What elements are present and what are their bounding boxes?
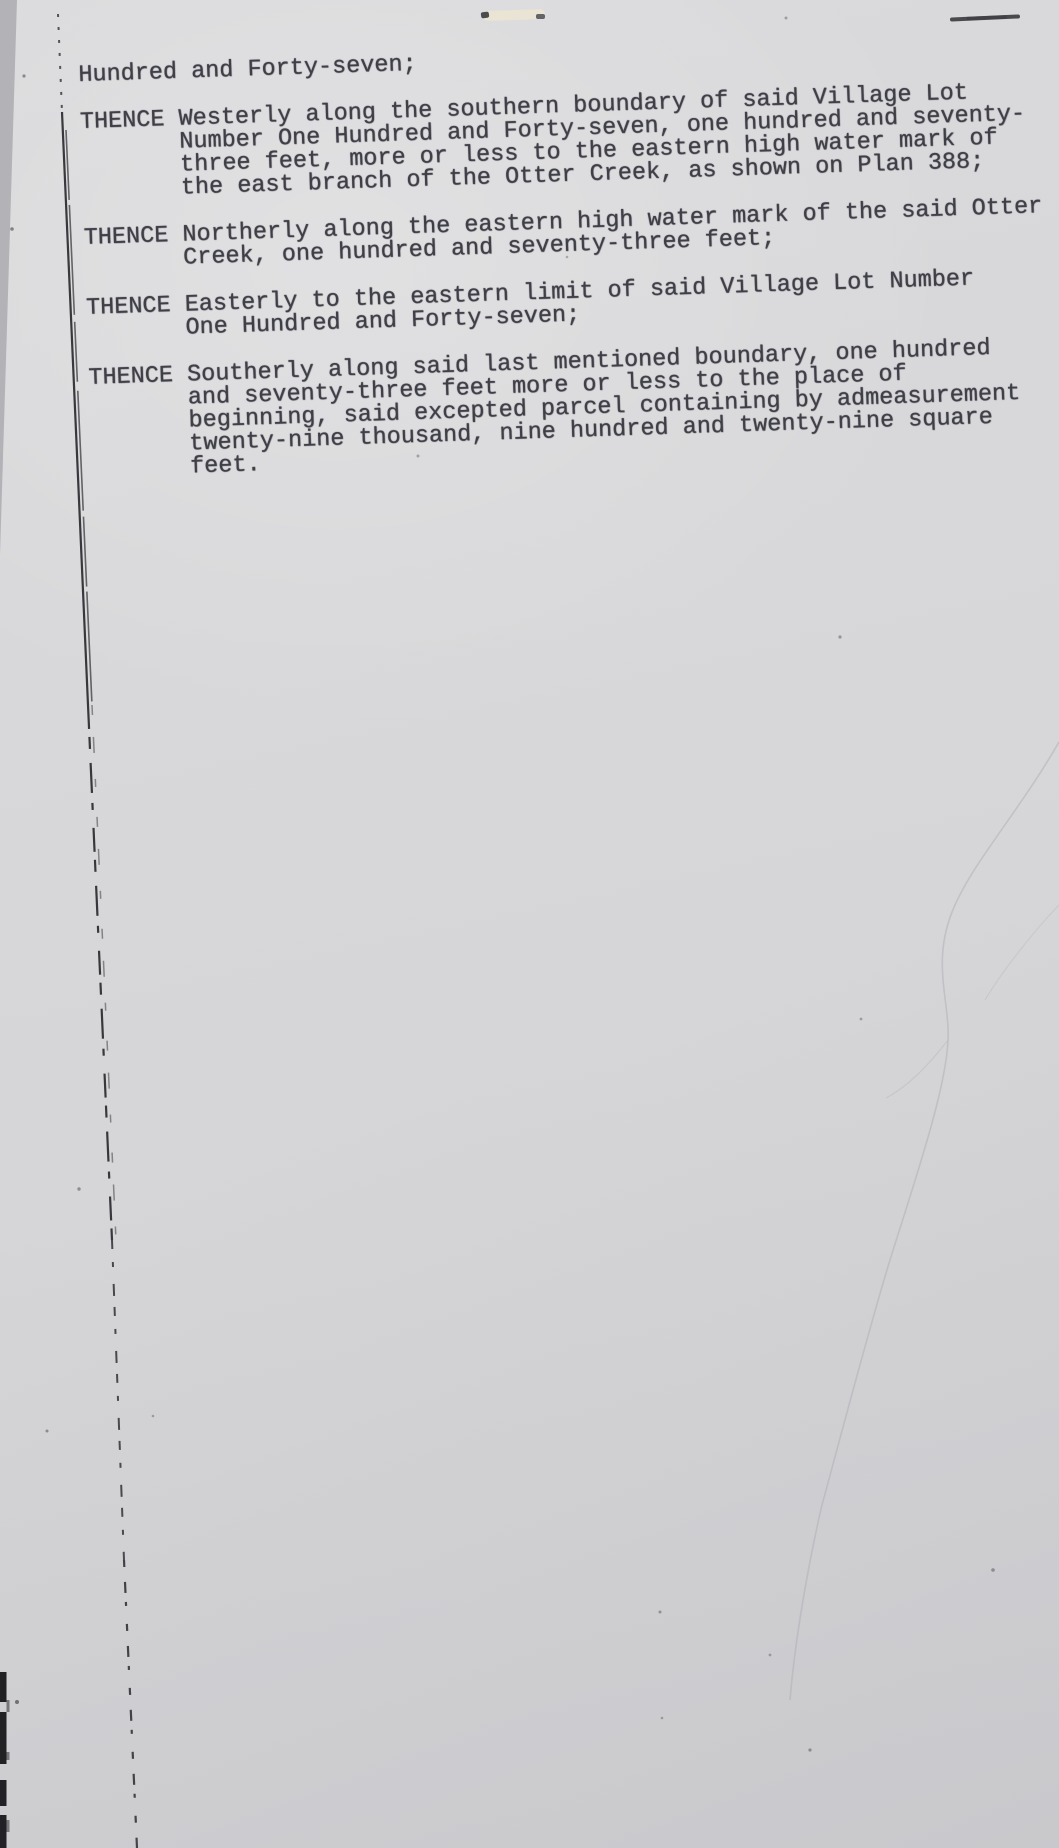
- paper-sheet: Hundred and Forty-seven; THENCE Westerly…: [0, 0, 1059, 1848]
- whiteout-streak: [481, 9, 546, 21]
- legal-description-text: Hundred and Forty-seven; THENCE Westerly…: [78, 31, 1059, 506]
- paragraph-thence-northerly: THENCE Northerly along the eastern high …: [83, 194, 1059, 273]
- paragraph-thence-westerly: THENCE Westerly along the southern bound…: [80, 78, 1059, 203]
- paragraph-thence-southerly: THENCE Southerly along said last mention…: [88, 334, 1059, 482]
- binder-edge-mark: [3, 1672, 8, 1848]
- paragraph-thence-easterly: THENCE Easterly to the eastern limit of …: [86, 264, 1059, 343]
- scanned-page: Hundred and Forty-seven; THENCE Westerly…: [0, 0, 1059, 1848]
- crease-lines: [790, 742, 1059, 1700]
- pen-dash: [952, 17, 1018, 20]
- page-edge-shadow: [0, 0, 17, 555]
